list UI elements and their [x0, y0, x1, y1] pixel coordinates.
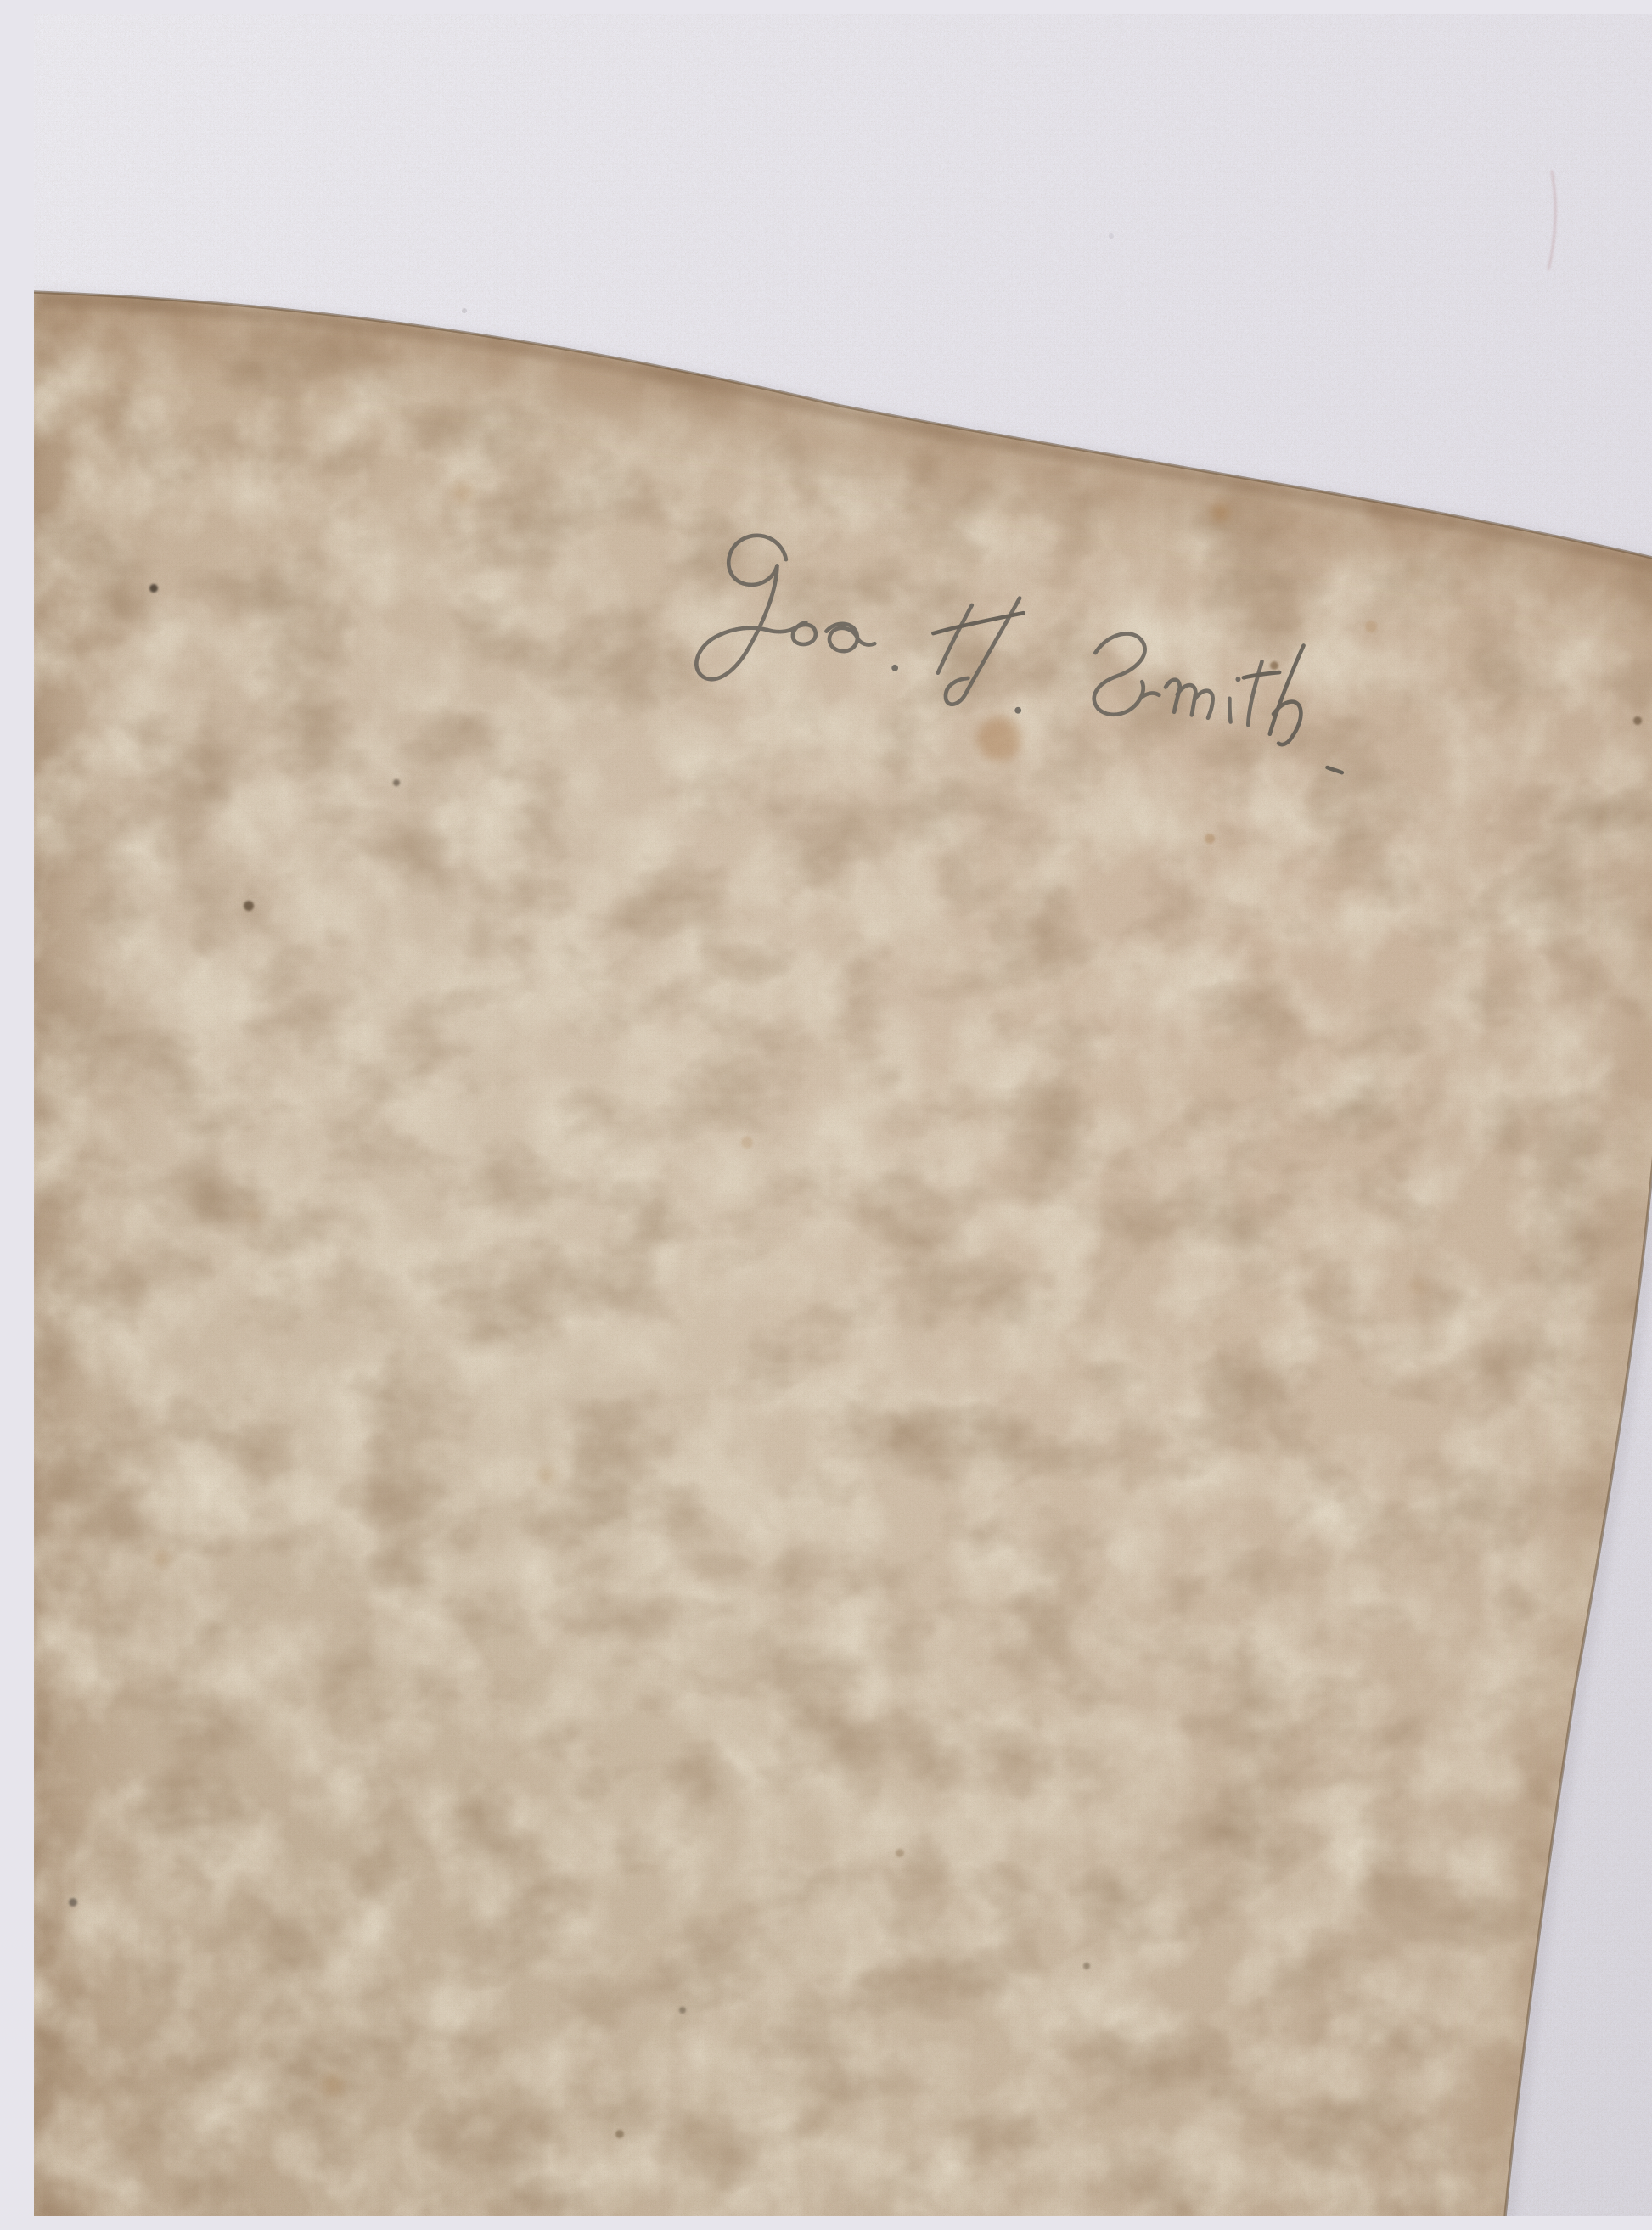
foxing-spot — [69, 1898, 77, 1907]
foxing-spot — [149, 584, 158, 593]
foxing-spot — [1365, 621, 1377, 632]
foxing-spot — [1211, 503, 1230, 522]
foxing-spot — [154, 1551, 169, 1566]
photo-of-book-page: Geo. W. Smith. — [34, 14, 1652, 2216]
foxing-spot — [322, 2074, 344, 2096]
foxing-spot — [615, 2130, 624, 2138]
foxing-spot — [1270, 661, 1278, 670]
foxing-spot — [1205, 834, 1215, 844]
foxing-spot — [1410, 1279, 1425, 1295]
gutter-shadow — [34, 268, 161, 2216]
foxing-spot — [679, 2007, 686, 2014]
backdrop-dot — [1109, 233, 1114, 239]
foxing-spot — [246, 1208, 260, 1222]
foxing-spot — [452, 483, 473, 503]
foxing-spot — [977, 717, 1021, 761]
book-page-photo-canvas — [34, 14, 1652, 2216]
backdrop-dot — [462, 308, 467, 313]
foxing-spot — [896, 1849, 904, 1857]
foxing-spot — [1411, 567, 1424, 581]
foxing-spot — [1083, 1963, 1090, 1969]
foxing-spot — [538, 1467, 555, 1484]
foxing-spot — [393, 779, 400, 786]
foxing-spot — [741, 1137, 753, 1149]
foxing-spot — [244, 901, 254, 911]
foxing-spot — [1633, 716, 1642, 725]
